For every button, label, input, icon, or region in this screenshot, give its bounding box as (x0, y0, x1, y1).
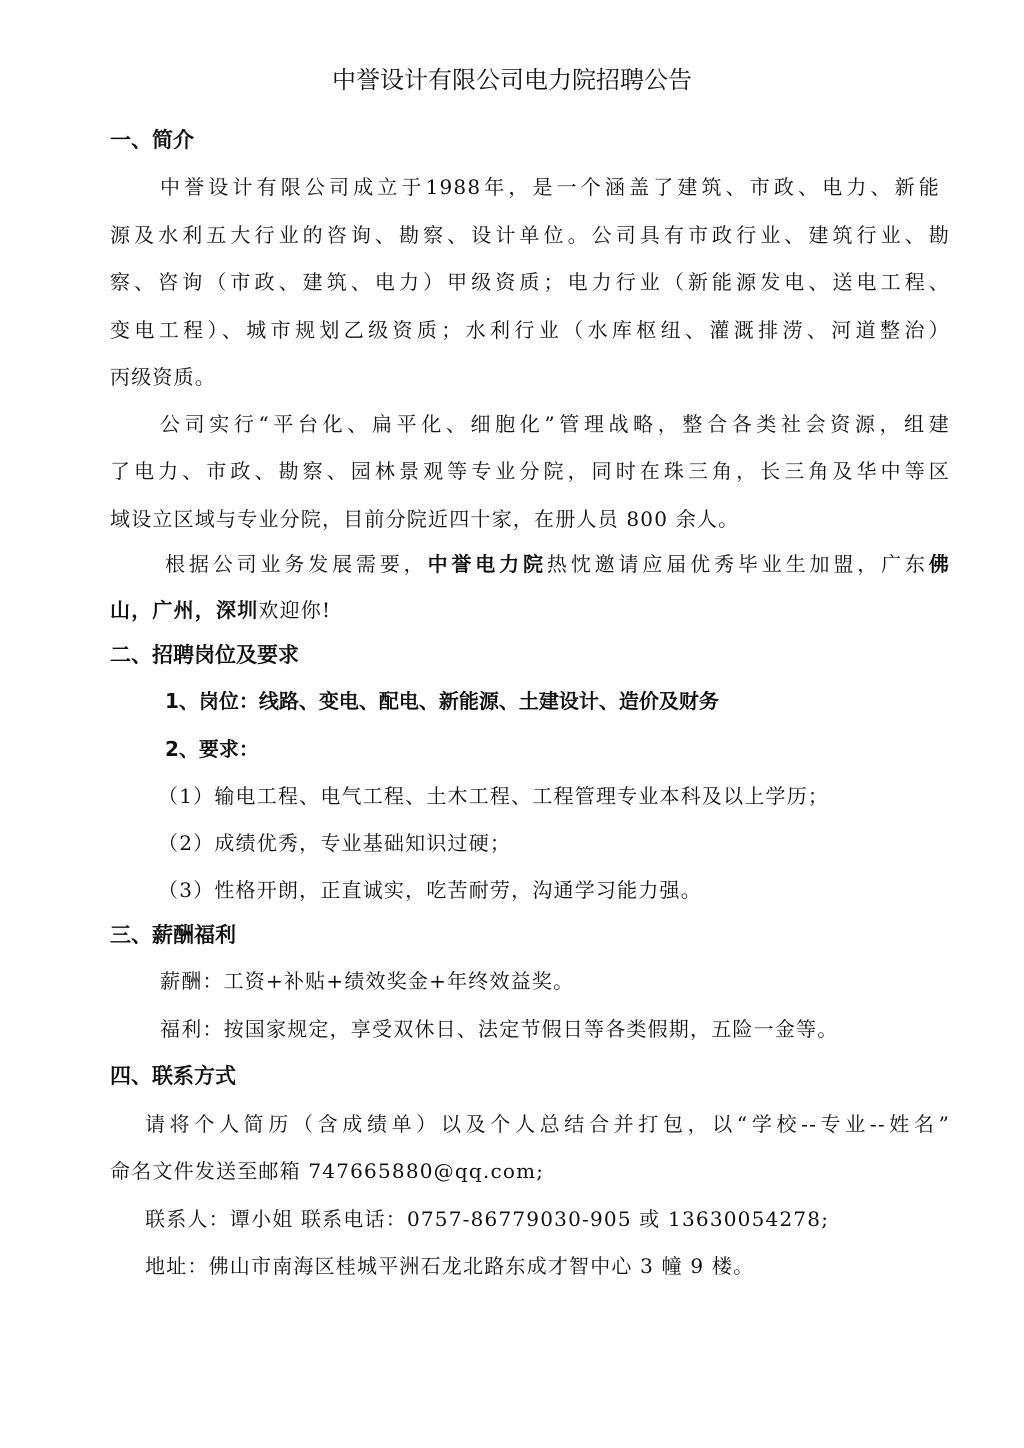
section-heading-contact: 四、联系方式 (110, 1063, 236, 1089)
contact-person-phone-line: 联系人：谭小姐 联系电话：0757-86779030-905 或 1363005… (145, 1207, 985, 1231)
requirements-label: 2、要求： (165, 736, 259, 762)
intro-para3-text-2: 热忱邀请应届优秀毕业生加盟，广东 (547, 552, 929, 576)
intro-para2-line3: 域设立区域与专业分院，目前分院近四十家，在册人员 800 余人。 (110, 507, 950, 531)
requirement-1: （1）输电工程、电气工程、土木工程、工程管理专业本科及以上学历； (158, 784, 998, 808)
intro-para3-highlight-company: 中誉电力院 (428, 552, 547, 576)
requirement-2: （2）成绩优秀，专业基础知识过硬； (158, 831, 998, 855)
intro-para3-highlight-cities: 山，广州，深圳 (110, 598, 258, 622)
section-heading-intro: 一、简介 (110, 127, 194, 153)
document-title: 中誉设计有限公司电力院招聘公告 (0, 60, 1024, 95)
contact-instructions-line1: 请将个人简历（含成绩单）以及个人总结合并打包，以“学校--专业--姓名” (145, 1112, 950, 1136)
intro-para1-line5: 丙级资质。 (110, 365, 950, 389)
intro-para3-text: 根据公司业务发展需要， (165, 552, 428, 576)
intro-para3-line1: 根据公司业务发展需要，中誉电力院热忱邀请应届优秀毕业生加盟，广东佛 (165, 552, 950, 576)
welfare-line: 福利：按国家规定，享受双休日、法定节假日等各类假期，五险一金等。 (160, 1017, 1000, 1041)
intro-para3-highlight-city: 佛 (929, 552, 950, 576)
intro-para1-line4: 变电工程）、城市规划乙级资质；水利行业（水库枢纽、灌溉排涝、河道整治） (110, 318, 950, 342)
intro-para1-line1: 中誉设计有限公司成立于1988年，是一个涵盖了建筑、市政、电力、新能 (160, 175, 940, 199)
intro-para3-line2: 山，广州，深圳欢迎你! (110, 598, 950, 622)
intro-para3-welcome: 欢迎你! (258, 598, 331, 622)
intro-para2-line1: 公司实行“平台化、扁平化、细胞化”管理战略，整合各类社会资源，组建 (160, 412, 950, 436)
document-page: 中誉设计有限公司电力院招聘公告 一、简介 中誉设计有限公司成立于1988年，是一… (0, 0, 1024, 1448)
section-heading-benefits: 三、薪酬福利 (110, 922, 236, 948)
contact-email-line: 命名文件发送至邮箱 747665880@qq.com; (110, 1159, 950, 1183)
positions-list: 1、岗位：线路、变电、配电、新能源、土建设计、造价及财务 (165, 688, 719, 714)
intro-para1-line2: 源及水利五大行业的咨询、勘察、设计单位。公司具有市政行业、建筑行业、勘 (110, 223, 950, 247)
section-heading-positions: 二、招聘岗位及要求 (110, 642, 299, 668)
contact-address-line: 地址：佛山市南海区桂城平洲石龙北路东成才智中心 3 幢 9 楼。 (145, 1254, 985, 1278)
intro-para2-line2: 了电力、市政、勘察、园林景观等专业分院，同时在珠三角，长三角及华中等区 (110, 459, 950, 483)
salary-line: 薪酬：工资+补贴+绩效奖金+年终效益奖。 (160, 969, 1000, 993)
intro-para1-line3: 察、咨询（市政、建筑、电力）甲级资质；电力行业（新能源发电、送电工程、 (110, 270, 950, 294)
requirement-3: （3）性格开朗，正直诚实，吃苦耐劳，沟通学习能力强。 (158, 878, 998, 902)
